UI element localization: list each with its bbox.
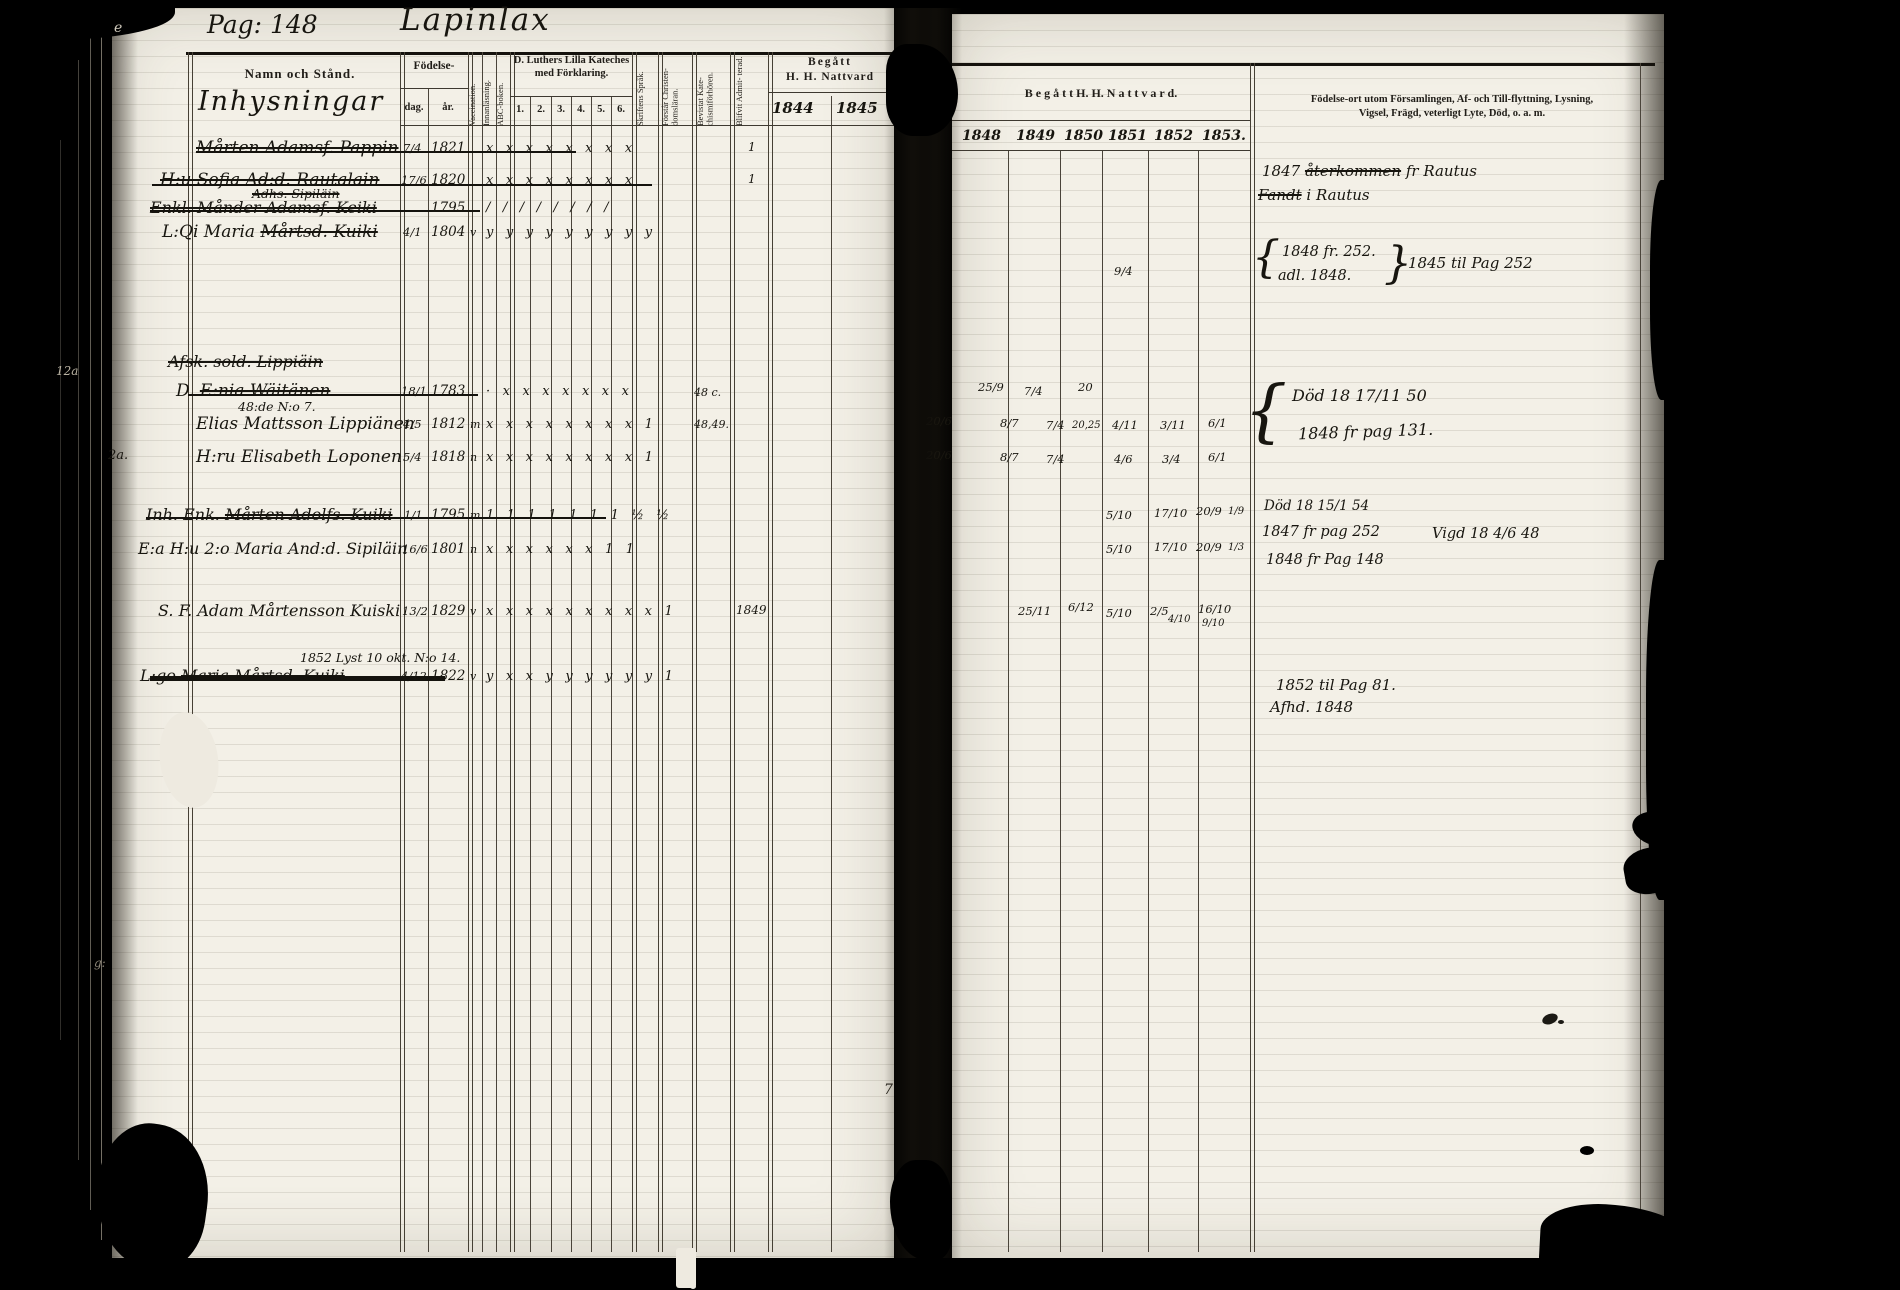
group-title: Inhysningar [198, 86, 384, 117]
birth-year: 1818 [431, 449, 465, 465]
birth-day: 4/12 [401, 669, 427, 683]
communion-date: 17/10 [1154, 506, 1187, 520]
katekes-grade-3: 3. [552, 104, 570, 115]
header-line [952, 120, 1250, 121]
grid-line [692, 52, 697, 1252]
communion-date: 16/10 [1198, 602, 1231, 616]
notes-column-header-line1: Födelse-ort utom Församlingen, Af- och T… [1256, 94, 1648, 105]
scan-edge-streak [101, 20, 102, 1240]
birth-day: 4/1 [403, 225, 422, 239]
communion-date: 7/4 [1046, 418, 1065, 432]
margin-note: 12a [56, 364, 78, 378]
communion-date: 6/12 [1068, 600, 1094, 614]
note-part-struck: Fandt [1258, 186, 1302, 204]
header-line [768, 92, 894, 93]
communion-date: 25/11 [1018, 604, 1051, 618]
katekes-grade-1: 1. [511, 104, 529, 115]
entry-name: Afsk. sold. Lippiäin [168, 352, 323, 371]
grid-line [1640, 63, 1641, 1252]
katekes-grade-4: 4. [572, 104, 590, 115]
note-line: adl. 1848. [1278, 268, 1351, 284]
grid-line [1102, 150, 1103, 1252]
communion-date: 17/10 [1154, 540, 1187, 554]
scan-edge-streak [90, 30, 91, 1210]
communion-date: 4/11 [1112, 418, 1138, 432]
mark-row: 1111111½½ [486, 508, 682, 523]
grid-line [428, 88, 429, 1252]
note-line: Vigd 18 4/6 48 [1432, 526, 1539, 542]
mark-row: xxxxxx11 [486, 542, 647, 557]
grid-line [831, 96, 832, 1252]
innanlasning-column-header: Innanläsning. [482, 54, 496, 126]
birth-year: 1829 [431, 603, 465, 619]
communion-date: 9/4 [1114, 264, 1133, 278]
communion-date: 8/7 [1000, 450, 1019, 464]
entry-name-part: Inh. Enk. [146, 505, 225, 524]
vaccination-mark: v [470, 605, 476, 618]
entry-subnote: 48:de N:o 7. [238, 399, 316, 414]
entry-name-struck: Afsk. sold. Lippiäin [168, 352, 323, 371]
mark-row: yyyyyyyyy [486, 225, 665, 240]
admitted-mark: 1 [748, 172, 756, 186]
birth-year-header: år. [430, 102, 466, 113]
year-label-1850: 1850 [1064, 128, 1103, 144]
margin-note: e [114, 20, 122, 36]
entry-name: H:ru Elisabeth Loponen [196, 447, 402, 467]
birth-day: 1/1 [404, 508, 423, 522]
communion-date: 1/3 [1228, 542, 1244, 553]
year-label-1845: 1845 [836, 99, 878, 117]
left-page [112, 8, 894, 1258]
communion-date: 1/9 [1228, 506, 1244, 517]
note-line: 1848 fr Pag 148 [1266, 552, 1384, 568]
communion-date: 3/4 [1162, 452, 1181, 466]
grid-line [1008, 150, 1009, 1252]
margin-note: 2a. [108, 448, 128, 463]
note-line: Fandt i Rautus [1258, 186, 1370, 204]
katekes-grade-2: 2. [532, 104, 550, 115]
communion-date: 5/10 [1106, 508, 1132, 522]
entry-name-part: L:Qi Maria [162, 222, 260, 242]
entry-name-struck: Enkl. Månder Adamsf. Keiki [150, 198, 377, 217]
year-label-1853: 1853. [1202, 128, 1246, 144]
note-line: Afhd. 1848 [1270, 698, 1353, 716]
vaccination-mark: n [470, 543, 477, 556]
birth-year: 1801 [431, 541, 465, 557]
bevistat-katechismiforhoren-column-header: Bevistat Kate- chismiförhören. [696, 54, 726, 126]
birth-year: 1822 [431, 668, 465, 684]
mark-row: xxxxxxxxx1 [486, 604, 685, 619]
birth-day: 16/6 [402, 542, 428, 556]
skriftens-sprak-column-header: Skriftens Språk. [636, 54, 656, 126]
note-line: 1852 til Pag 81. [1276, 676, 1396, 694]
entry-name-part: D. [176, 381, 200, 401]
parish-title: Lapinlax [400, 2, 551, 38]
communion-date: 4/10 [1168, 614, 1190, 625]
torn-edge-blob [1650, 180, 1678, 400]
page-marker-tab [676, 1248, 696, 1288]
entry-name: S. F. Adam Mårtensson Kuiski [158, 601, 400, 620]
notes-column-header-line2: Vigsel, Frägd, veterligt Lyte, Död, o. a… [1256, 108, 1648, 119]
note-brace-open: { [1244, 372, 1287, 451]
vaccination-mark: n [470, 451, 477, 464]
communion-date: 7/4 [1024, 384, 1043, 398]
communion-date: 20/9 [1196, 504, 1222, 518]
table-top-border [952, 63, 1655, 66]
communion-header-right: B e g å t t H. H. N a t t v a r d. [960, 86, 1242, 101]
entry-name: L:Qi Maria Mårtsd. Kuiki [162, 222, 378, 242]
communion-date: 5/10 [1106, 606, 1132, 620]
mark-row: xxxxxxxx [486, 173, 645, 188]
torn-edge-blob [1646, 560, 1680, 900]
birth-day: 18/1 [401, 384, 427, 398]
book-gutter-shadow [884, 8, 962, 1258]
communion-date: 7/4 [1046, 452, 1065, 466]
entry-name-struck: E:nia Wäitänen [200, 381, 331, 401]
note-part: fr Rautus [1401, 162, 1477, 180]
entry-overline-note: 1852 Lyst 10 okt. N:o 14. [300, 650, 460, 665]
birth-year: 1812 [431, 416, 465, 432]
scanned-church-register: Pag: 148 Lapinlax Namn och Stånd. Inhysn… [0, 0, 1900, 1290]
grid-line [730, 52, 735, 1252]
communion-header-left-line1: Begått [766, 56, 894, 68]
note-line: Död 18 17/11 50 [1292, 386, 1427, 405]
entry-name: Elias Mattsson Lippiänen [196, 414, 415, 434]
birth-day: 17/6 [401, 173, 427, 187]
note-line: 1848 fr. 252. [1282, 244, 1376, 260]
note-part-struck: återkommen [1305, 162, 1401, 180]
entry-name-struck: Mårten Adolfs. Kuiki [225, 505, 393, 524]
vaccination-mark: v [470, 670, 476, 683]
katekes-grade-5: 5. [592, 104, 610, 115]
communion-date: 9/10 [1202, 618, 1224, 629]
scan-dust-dot [690, 1284, 696, 1289]
torn-edge-blob [1580, 1146, 1594, 1155]
year-label-1849: 1849 [1016, 128, 1055, 144]
note-line: 1845 til Pag 252 [1408, 254, 1533, 272]
year-label-1844: 1844 [772, 99, 814, 117]
communion-date: 20,25 [1072, 420, 1101, 431]
bevistat-note: 48,49. [694, 418, 729, 431]
header-line [952, 150, 1250, 151]
birth-day: 13/2 [402, 604, 428, 618]
year-label-1848: 1848 [962, 128, 1001, 144]
note-line: Död 18 15/1 54 [1264, 498, 1369, 514]
vaccination-mark: m [470, 509, 480, 522]
note-part: i Rautus [1302, 186, 1370, 204]
communion-date: 20/9 [1196, 540, 1222, 554]
katekes-grade-6: 6. [612, 104, 630, 115]
forstar-christendomslaran-column-header: Förstår Christen- domsläran. [661, 54, 689, 126]
communion-date: 3/11 [1160, 418, 1186, 432]
header-line [510, 96, 632, 97]
birth-day-header: dag. [399, 102, 429, 113]
admitted-year: 1849 [736, 603, 767, 617]
bottom-edge-blob [1538, 1201, 1701, 1279]
mark-row: xxxxxxxx1 [486, 450, 665, 465]
mark-row: xxxxxxxx1 [486, 417, 665, 432]
entry-name-struck: Mårtsd. Kuiki [260, 222, 377, 242]
entry-name: Mårten Adamsf. Pappin [196, 138, 399, 158]
communion-date: 5/10 [1106, 542, 1132, 556]
communion-header-left-line2: H. H. Nattvard [766, 71, 894, 83]
communion-date: 6/1 [1208, 416, 1227, 430]
ink-blot [1558, 1020, 1564, 1024]
birth-column-header: Födelse- [398, 60, 470, 72]
communion-date: 20 [1078, 380, 1093, 394]
grid-line [1198, 150, 1199, 1252]
note-part: 1847 [1262, 162, 1305, 180]
grid-line [1148, 150, 1149, 1252]
communion-date: 8/7 [1000, 416, 1019, 430]
birth-year: 1783 [431, 383, 465, 399]
mark-row: ·xxxxxxx [486, 384, 641, 399]
entry-name: Enkl. Månder Adamsf. Keiki [150, 198, 377, 217]
katekes-column-header: D. Luthers Lilla Kateches med Förklaring… [513, 55, 630, 80]
mark-row: yxxyyyyyy1 [486, 669, 685, 684]
scan-edge-streak [78, 60, 79, 1160]
entry-name: D. E:nia Wäitänen [176, 381, 330, 401]
abc-boken-column-header: ABC-boken. [496, 54, 510, 126]
entry-name: Inh. Enk. Mårten Adolfs. Kuiki [146, 505, 393, 524]
entry-name-part: S. F. Adam Mårtensson Kuiski [158, 601, 400, 620]
note-line: 1847 återkommen fr Rautus [1262, 162, 1477, 180]
vaccination-mark: m [470, 418, 480, 431]
entry-name-struck: Mårten Adamsf. Pappin [196, 138, 399, 158]
page-number: Pag: 148 [207, 10, 318, 39]
page-edge-shadow [112, 8, 138, 1258]
birth-year: 1804 [431, 224, 465, 240]
year-label-1852: 1852 [1154, 128, 1193, 144]
margin-note: g: [94, 956, 106, 970]
header-line [400, 88, 468, 89]
birth-year: 1820 [431, 172, 465, 188]
admitted-mark: 1 [748, 140, 756, 154]
communion-date: 2/5 [1150, 604, 1169, 618]
communion-date: 25/9 [978, 380, 1004, 394]
entry-name: E:a H:u 2:o Maria And:d. Sipiläin [138, 539, 407, 558]
scan-edge-streak [60, 140, 61, 1040]
blifvit-admitterad-column-header: Blifvit Admit- terad. [735, 54, 761, 126]
birth-year: 1795 [431, 200, 465, 216]
entry-name-part: E:a H:u 2:o Maria And:d. Sipiläin [138, 539, 407, 558]
mark-row: //////// [486, 200, 621, 215]
birth-day: 7/4 [403, 141, 422, 155]
birth-year: 1821 [431, 140, 465, 156]
margin-note: 7 [884, 1082, 893, 1098]
entry-name-part: Elias Mattsson Lippiänen [196, 414, 415, 434]
grid-line [1060, 150, 1061, 1252]
entry-name-part: H:ru Elisabeth Loponen [196, 447, 402, 467]
year-label-1851: 1851 [1108, 128, 1147, 144]
note-line: 1847 fr pag 252 [1262, 524, 1380, 540]
birth-day: 5/4 [403, 450, 422, 464]
grid-line [482, 52, 483, 1252]
vaccination-column-header: Vaccination. [468, 54, 482, 126]
bevistat-note: 48 c. [694, 386, 721, 399]
grid-line [768, 52, 773, 1252]
vaccination-mark: v [470, 226, 476, 239]
communion-date: 6/1 [1208, 450, 1227, 464]
birth-day: 4/5 [403, 417, 422, 431]
mark-row: xxxxxxxx [486, 141, 645, 156]
communion-date: 4/6 [1114, 452, 1133, 466]
name-column-header: Namn och Stånd. [212, 66, 388, 82]
note-brace-open: { [1252, 232, 1280, 283]
birth-year: 1795 [431, 507, 465, 523]
